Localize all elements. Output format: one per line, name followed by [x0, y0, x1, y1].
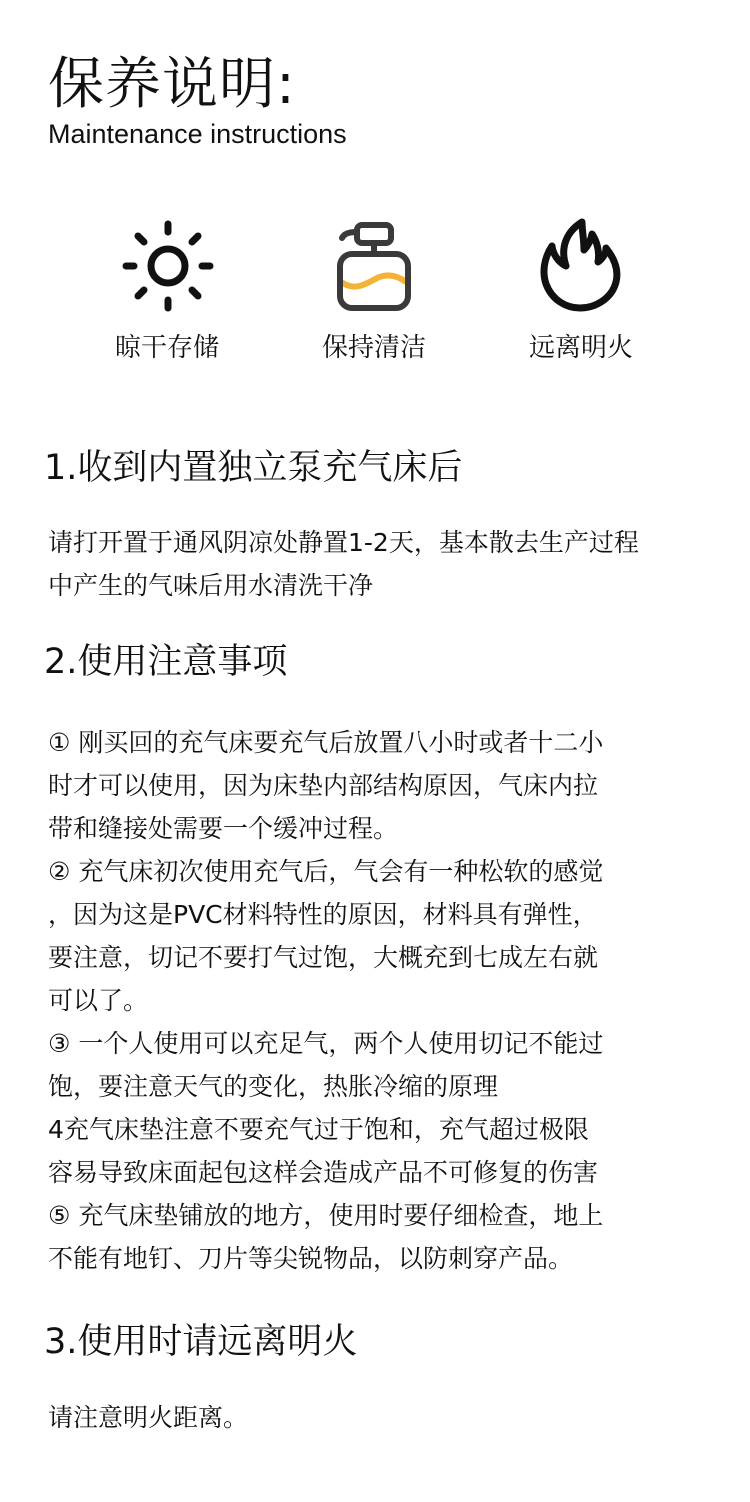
text-line: 容易导致床面起包这样会造成产品不可修复的伤害 [48, 1151, 728, 1194]
flame-icon [530, 214, 630, 314]
text-line: ⑤ 充气床垫铺放的地方，使用时要仔细检查，地上 [48, 1194, 728, 1237]
section-3-heading: 3.使用时请远离明火 [44, 1320, 357, 1364]
section-3-body: 请注意明火距离。 [48, 1396, 728, 1439]
text-line: 请打开置于通风阴凉处静置1-2天，基本散去生产过程 [48, 521, 728, 564]
section-1-heading: 1.收到内置独立泵充气床后 [44, 446, 462, 490]
text-line: 中产生的气味后用水清洗干净 [48, 564, 728, 607]
icon-label-dry-storage: 晾干存储 [115, 333, 219, 363]
soap-bottle-icon [322, 216, 422, 316]
text-line: ，因为这是PVC材料特性的原因，材料具有弹性， [48, 893, 728, 936]
sun-icon [118, 216, 218, 316]
section-2-body: ① 刚买回的充气床要充气后放置八小时或者十二小 时才可以使用，因为床垫内部结构原… [48, 721, 728, 1280]
page-subtitle: Maintenance instructions [48, 118, 347, 150]
text-line: ③ 一个人使用可以充足气，两个人使用切记不能过 [48, 1022, 728, 1065]
text-line: 请注意明火距离。 [48, 1396, 728, 1439]
text-line: 可以了。 [48, 979, 728, 1022]
text-line: ① 刚买回的充气床要充气后放置八小时或者十二小 [48, 721, 728, 764]
page-title: 保养说明: [48, 52, 296, 118]
section-2-heading: 2.使用注意事项 [44, 640, 287, 684]
text-line: ② 充气床初次使用充气后，气会有一种松软的感觉 [48, 850, 728, 893]
text-line: 要注意，切记不要打气过饱，大概充到七成左右就 [48, 936, 728, 979]
section-1-body: 请打开置于通风阴凉处静置1-2天，基本散去生产过程 中产生的气味后用水清洗干净 [48, 521, 728, 607]
text-line: 4充气床垫注意不要充气过于饱和，充气超过极限 [48, 1108, 728, 1151]
text-line: 饱，要注意天气的变化，热胀冷缩的原理 [48, 1065, 728, 1108]
text-line: 不能有地钉、刀片等尖锐物品，以防刺穿产品。 [48, 1237, 728, 1280]
text-line: 时才可以使用，因为床垫内部结构原因，气床内拉 [48, 764, 728, 807]
icon-label-keep-clean: 保持清洁 [322, 333, 426, 363]
icon-label-keep-away-from-fire: 远离明火 [529, 333, 633, 363]
text-line: 带和缝接处需要一个缓冲过程。 [48, 807, 728, 850]
